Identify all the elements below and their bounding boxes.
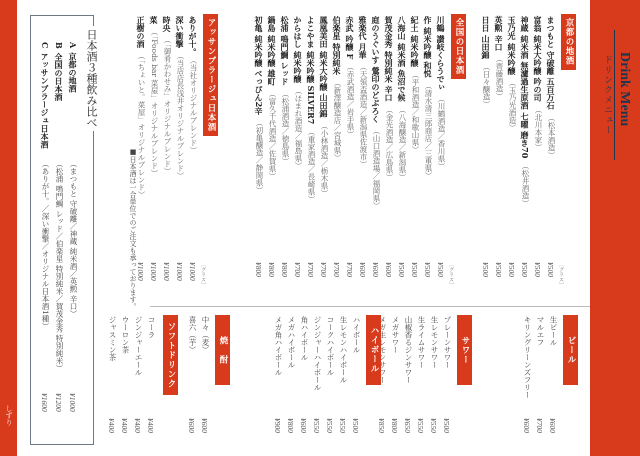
tasting-name: アッサンブラージュ日本酒 [40,52,50,148]
sake-maker: （八海醸造／新潟県） [398,106,407,181]
sake-name: 鳳凰美田 純米大吟醸 山田錦 [319,16,329,118]
sake-item: 富翁 純米大吟醸 吟の司（北川本家） [533,16,543,151]
sake-maker: （玉乃光酒造） [508,79,517,132]
tasting-item: Cアッサンブラージュ日本酒 [40,42,50,148]
drink-name: 喜六（芋） [187,316,198,354]
sake-name: 作 純米吟醸 和悦 [423,16,433,78]
sake-item: 賀茂金秀 特別純米 辛口（金光酒造／広島県） [384,16,394,181]
drink-name: メガサワー [390,316,401,354]
sake-item: 鍋島 純米吟醸 雄町（富久千代酒造／佐賀県） [267,16,277,180]
drink-name: コークハイボール [325,316,336,376]
sake-maker: （川鶴酒造／香川県） [437,95,446,170]
drink-price: ¥800 [390,418,398,433]
drink-name: ウーロン茶 [120,316,131,354]
tasting-key: B [54,42,64,49]
sake-name: 日日 山田錦 [481,16,491,59]
drink-price: ¥700 [535,418,543,433]
sake-name: 神蔵 純米酒 無濾過生原酒 七曜 磨き70 [520,16,530,158]
sake-maker: （松井酒造） [521,162,530,207]
sake-price: ¥600 [358,262,366,277]
sake-name: まつもと 守破離 五百万石 [546,16,556,110]
sake-item: まつもと 守破離 五百万石（松本酒造） [546,16,556,159]
sake-item: 松浦 鳴門鯛 レッド（松浦酒造／徳島県） [280,16,290,165]
drink-price: ¥400 [120,418,128,433]
drink-name: ハイボール [351,316,362,354]
sake-price: ¥500 [533,262,541,277]
sake-item: 紀土 純米吟醸（平和酒造／和歌山県） [410,16,420,153]
left-red-band [0,0,17,456]
sake-name: 賀茂金秀 特別純米 辛口 [384,16,394,102]
menu-title-jp: ドリンクメニュー [601,55,614,135]
sake-maker: （日々醸造） [482,63,491,108]
sake-price: ¥700 [319,262,327,277]
section-tag-drink: ソフトドリンク [163,315,178,395]
sake-price: ¥500 [520,262,528,277]
sake-price: ¥800 [267,262,275,277]
sake-maker: （山口酒造場／福岡県） [372,127,381,210]
sake-item: 日日 山田錦（日々醸造） [481,16,491,108]
shop-logo: しずり [3,405,14,445]
sake-item: 八海山 純米酒 魚沼で候（八海醸造／新潟県） [397,16,407,181]
sake-name: 菜 [149,16,159,24]
drink-name: 生レモンサワー [429,316,440,369]
sake-maker: （富久千代酒造／佐賀県） [268,90,277,180]
sake-item: 時央（「御肴かわせみ」オリジナルブレンド） [162,16,172,175]
sake-name: 赤武 吟醸 F [345,16,355,59]
glass-label: ［グラス］ [448,262,455,287]
sake-price: ¥500 [423,262,431,277]
drink-name: 中々（麦） [200,316,211,354]
tasting-key: C [40,42,50,48]
sake-name: 時央 [162,16,172,32]
drink-name: 生レモンハイボール [338,316,349,384]
drink-name: メガ角ハイボール [273,316,284,376]
section-tag-drink: ビール [563,315,578,385]
sake-price: ¥700 [332,262,340,277]
sake-maker: （小林酒造／栃木県） [320,122,329,197]
drink-price: ¥550 [429,418,437,433]
sake-name: 伯楽星 特別純米 [332,16,342,75]
sake-item: ありが十。（当社オリジナルブレンド） [188,16,198,154]
drink-price: ¥600 [299,418,307,433]
sake-price: ¥600 [384,262,392,277]
sake-item: 鳳凰美田 純米大吟醸 山田錦（小林酒造／栃木県） [319,16,329,197]
sake-item: よこやま 純米吟醸 SILVER7（重家酒造／長崎県） [306,16,316,203]
drink-price: ¥400 [133,418,141,433]
drink-name: ジャスミン茶 [107,316,118,361]
sake-name: 富翁 純米大吟醸 吟の司 [533,16,543,102]
sake-name: からはし 純米吟醸 [293,16,303,83]
sake-name: 英勲 辛口 [494,16,504,51]
drink-price: ¥900 [273,418,281,433]
glass-label: ［グラス］ [200,262,207,287]
sake-name: 初亀 純米吟醸 べっぴん2辛 [254,16,264,115]
sake-maker: （松本酒造） [547,114,556,159]
drink-name: マルエフ [535,316,546,346]
drink-price: ¥800 [286,418,294,433]
sake-name: 八海山 純米酒 魚沼で候 [397,16,407,102]
drink-price: ¥500 [442,418,450,433]
sake-maker: （「御肴かわせみ」オリジナルブレンド） [163,36,172,175]
sake-maker: （松浦酒造／徳島県） [281,90,290,165]
sake-maker: （当店店長浅井オリジナルブレンド） [176,52,185,180]
drink-name: ジンジャーハイボール [312,316,323,391]
drink-name: 生ビール [548,316,559,346]
tasting-item: A京都の地酒 [68,42,78,92]
sake-maker: （赤武酒造／岩手県） [346,63,355,138]
sake-maker: （「Foods bar 菜屋」オリジナルブレンド） [150,28,159,177]
drink-name: キリングリーンズフリー [522,316,533,399]
sake-price: ¥500 [546,262,554,277]
tasting-item: B全国の日本酒 [54,42,64,101]
tasting-price: ¥1600 [40,393,48,412]
drink-name: ジンジャーエール [133,316,144,376]
sake-price: ¥1000 [162,262,170,281]
sake-item: 初亀 純米吟醸 べっぴん2辛（初亀醸造／静岡県） [254,16,264,194]
drink-price: ¥600 [522,418,530,433]
drink-price: ¥600 [187,418,195,433]
drink-price: ¥650 [403,418,411,433]
sake-price: ¥800 [254,262,262,277]
sake-name: 紀土 純米吟醸 [410,16,420,67]
sake-price: ¥800 [280,262,288,277]
right-red-band [590,0,640,456]
sake-item: 伯楽星 特別純米（新澤醸造店／宮城県） [332,16,342,161]
sake-note: ■日本酒は一合単位でのご注文も承っております。 [128,148,138,310]
glass-label: ［グラス］ [558,262,565,287]
sake-price: ¥700 [345,262,353,277]
sake-item: 玉乃光 純米吟醸（玉乃光酒造） [507,16,517,131]
tasting-name: 京都の地酒 [68,52,78,92]
sake-price: ¥700 [306,262,314,277]
drink-price: ¥850 [377,418,385,433]
sake-item: からはし 純米吟醸（ほまれ酒造／福島県） [293,16,303,169]
sake-price: ¥1000 [149,262,157,281]
sake-maker: （ほまれ酒造／福島県） [294,87,303,170]
sake-name: 深い衝撃 [175,16,185,48]
drink-price: ¥550 [416,418,424,433]
sake-name: よこやま 純米吟醸 SILVER7 [306,16,316,124]
drink-price: ¥600 [548,418,556,433]
tasting-title: 日本酒３種飲み比べ [85,26,98,131]
sake-item: 英勲 辛口（齊藤酒造） [494,16,504,100]
sake-maker: （当社オリジナルブレンド） [189,60,198,154]
drink-name: 山椒香るジンサワー [403,316,414,384]
tasting-detail: （松浦 鳴門鯛 レッド／伯楽星 特別純米／賀茂金秀 特別純米） [54,160,65,372]
sake-maker: （天領盃酒造／新潟県佐渡市） [359,63,368,168]
drink-name: 生ライムサワー [416,316,427,369]
sake-item: 深い衝撃（当店店長浅井オリジナルブレンド） [175,16,185,180]
sake-item: 川鶴 讃岐くらうでぃ（川鶴酒造／香川県） [436,16,446,170]
drink-price: ¥550 [312,418,320,433]
sake-maker: （初亀醸造／静岡県） [255,119,264,194]
drink-price: ¥400 [107,418,115,433]
tasting-key: A [68,42,78,48]
sake-price: ¥500 [481,262,489,277]
sake-price: ¥500 [507,262,515,277]
sake-item: 庭のうぐいす 鶯印のどぶろく（山口酒造場／福岡県） [371,16,381,209]
sake-price: ¥500 [410,262,418,277]
drink-name: コーラ [146,316,157,339]
sake-name: 庭のうぐいす 鶯印のどぶろく [371,16,381,123]
sake-maker: （齊藤酒造） [495,55,504,100]
menu-title-en: Drink Menu [616,52,632,126]
tasting-price: ¥1200 [54,393,62,412]
sake-maker: （重家酒造／長崎県） [307,128,316,203]
section-tag-drink: ハイボール [366,315,381,385]
drink-price: ¥500 [351,418,359,433]
section-divider [150,306,590,307]
section-tag-national: 全国の日本酒 [451,14,466,79]
drink-name: 角ハイボール [299,316,310,361]
tasting-price: ¥1000 [68,393,76,412]
drink-price: ¥550 [325,418,333,433]
sake-name: 川鶴 讃岐くらうでぃ [436,16,446,91]
title-divider [614,30,615,160]
sake-maker: （平和酒造／和歌山県） [411,71,420,154]
sake-item: 雅楽代 月華（天領盃酒造／新潟県佐渡市） [358,16,368,168]
sake-price: ¥500 [436,262,444,277]
drink-price: ¥600 [200,418,208,433]
sake-maker: （「ちょいと。菜屋」オリジナルブレンド） [137,52,146,198]
sake-item: 菜（「Foods bar 菜屋」オリジナルブレンド） [149,16,159,177]
drink-price: ¥400 [146,418,154,433]
sake-name: 正樹の酒 [136,16,146,48]
sake-price: ¥1000 [188,262,196,281]
section-tag-drink: 焼 酎 [215,315,230,385]
section-tag-kyoto: 京都の地酒 [561,14,576,70]
drink-name: メガハイボール [286,316,297,369]
sake-item: 神蔵 純米酒 無濾過生原酒 七曜 磨き70（松井酒造） [520,16,530,207]
sake-price: ¥700 [293,262,301,277]
sake-item: 赤武 吟醸 F（赤武酒造／岩手県） [345,16,355,138]
sake-name: 松浦 鳴門鯛 レッド [280,16,290,86]
sake-name: ありが十。 [188,16,198,56]
sake-price: ¥500 [397,262,405,277]
sake-maker: （北川本家） [534,106,543,151]
sake-name: 玉乃光 純米吟醸 [507,16,517,75]
drink-name: プレーンサワー [442,316,453,369]
tasting-name: 全国の日本酒 [54,53,64,101]
section-tag-drink: サワー [457,315,472,385]
tasting-detail: （まつもと 守破離／神蔵 純米酒／英勲 辛口） [68,160,79,317]
sake-price: ¥1000 [175,262,183,281]
sake-price: ¥600 [371,262,379,277]
sake-maker: （金光酒造／広島県） [385,106,394,181]
sake-price: ¥500 [494,262,502,277]
sake-name: 雅楽代 月華 [358,16,368,59]
tasting-detail: （ありが十。／深い衝撃／オリジナル日本酒1種） [40,160,51,330]
sake-maker: （清水清三郎商店／三重県） [424,82,433,180]
sake-maker: （新澤醸造店／宮城県） [333,79,342,162]
sake-name: 鍋島 純米吟醸 雄町 [267,16,277,86]
sake-item: 作 純米吟醸 和悦（清水清三郎商店／三重県） [423,16,433,179]
section-tag-assemblage: アッサンブラージュ日本酒 [203,14,218,136]
drink-price: ¥550 [338,418,346,433]
